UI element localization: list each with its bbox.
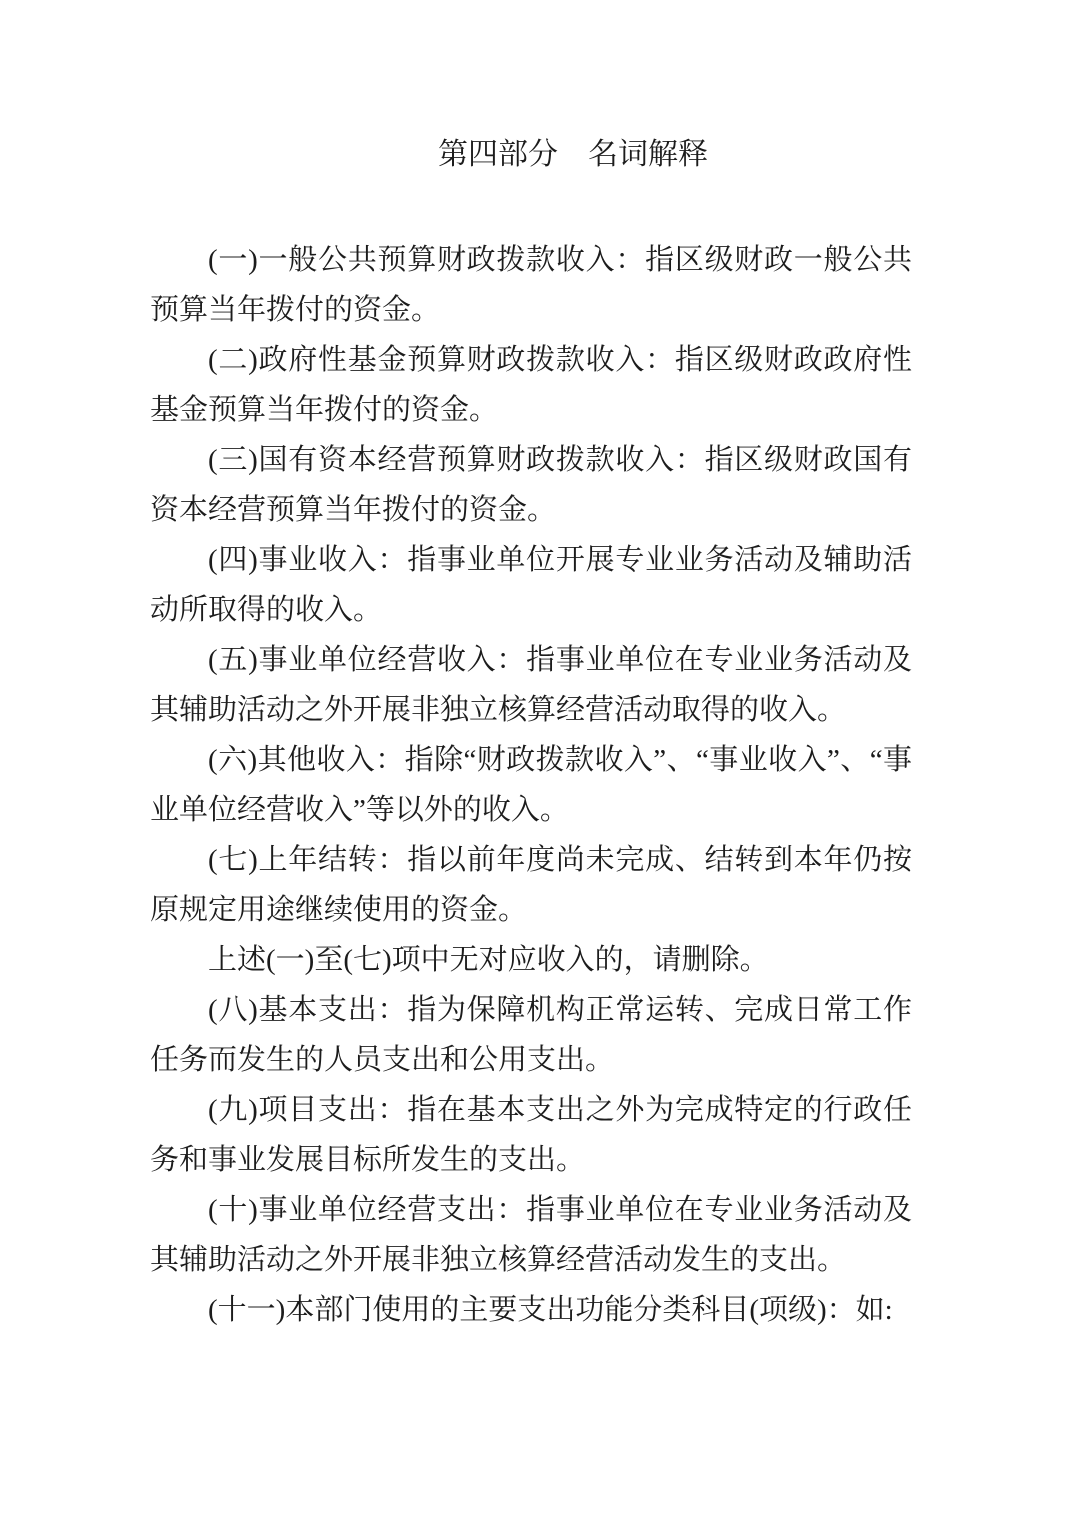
paragraph-income-gov-fund-budget: (二)政府性基金预算财政拨款收入：指区级财政政府性基金预算当年拨付的资金。 bbox=[150, 335, 912, 435]
paragraph-expense-function-classification: (十一)本部门使用的主要支出功能分类科目(项级)：如: bbox=[150, 1285, 912, 1335]
paragraph-income-general-public-budget: (一)一般公共预算财政拨款收入：指区级财政一般公共预算当年拨付的资金。 bbox=[150, 235, 912, 335]
paragraph-note-delete-if-no-income: 上述(一)至(七)项中无对应收入的，请删除。 bbox=[150, 935, 912, 985]
document-title: 第四部分 名词解释 bbox=[192, 130, 954, 180]
paragraph-income-institution: (四)事业收入：指事业单位开展专业业务活动及辅助活动所取得的收入。 bbox=[150, 535, 912, 635]
paragraph-expense-basic: (八)基本支出：指为保障机构正常运转、完成日常工作任务而发生的人员支出和公用支出… bbox=[150, 985, 912, 1085]
paragraph-income-other: (六)其他收入：指除“财政拨款收入”、“事业收入”、“事业单位经营收入”等以外的… bbox=[150, 735, 912, 835]
document-page: 第四部分 名词解释 (一)一般公共预算财政拨款收入：指区级财政一般公共预算当年拨… bbox=[0, 0, 1074, 1520]
paragraph-income-institution-operating: (五)事业单位经营收入：指事业单位在专业业务活动及其辅助活动之外开展非独立核算经… bbox=[150, 635, 912, 735]
document-content: 第四部分 名词解释 (一)一般公共预算财政拨款收入：指区级财政一般公共预算当年拨… bbox=[150, 130, 912, 1335]
paragraph-carryover-prior-year: (七)上年结转：指以前年度尚未完成、结转到本年仍按原规定用途继续使用的资金。 bbox=[150, 835, 912, 935]
paragraph-expense-project: (九)项目支出：指在基本支出之外为完成特定的行政任务和事业发展目标所发生的支出。 bbox=[150, 1085, 912, 1185]
paragraph-expense-institution-operating: (十)事业单位经营支出：指事业单位在专业业务活动及其辅助活动之外开展非独立核算经… bbox=[150, 1185, 912, 1285]
paragraph-income-state-capital-budget: (三)国有资本经营预算财政拨款收入：指区级财政国有资本经营预算当年拨付的资金。 bbox=[150, 435, 912, 535]
